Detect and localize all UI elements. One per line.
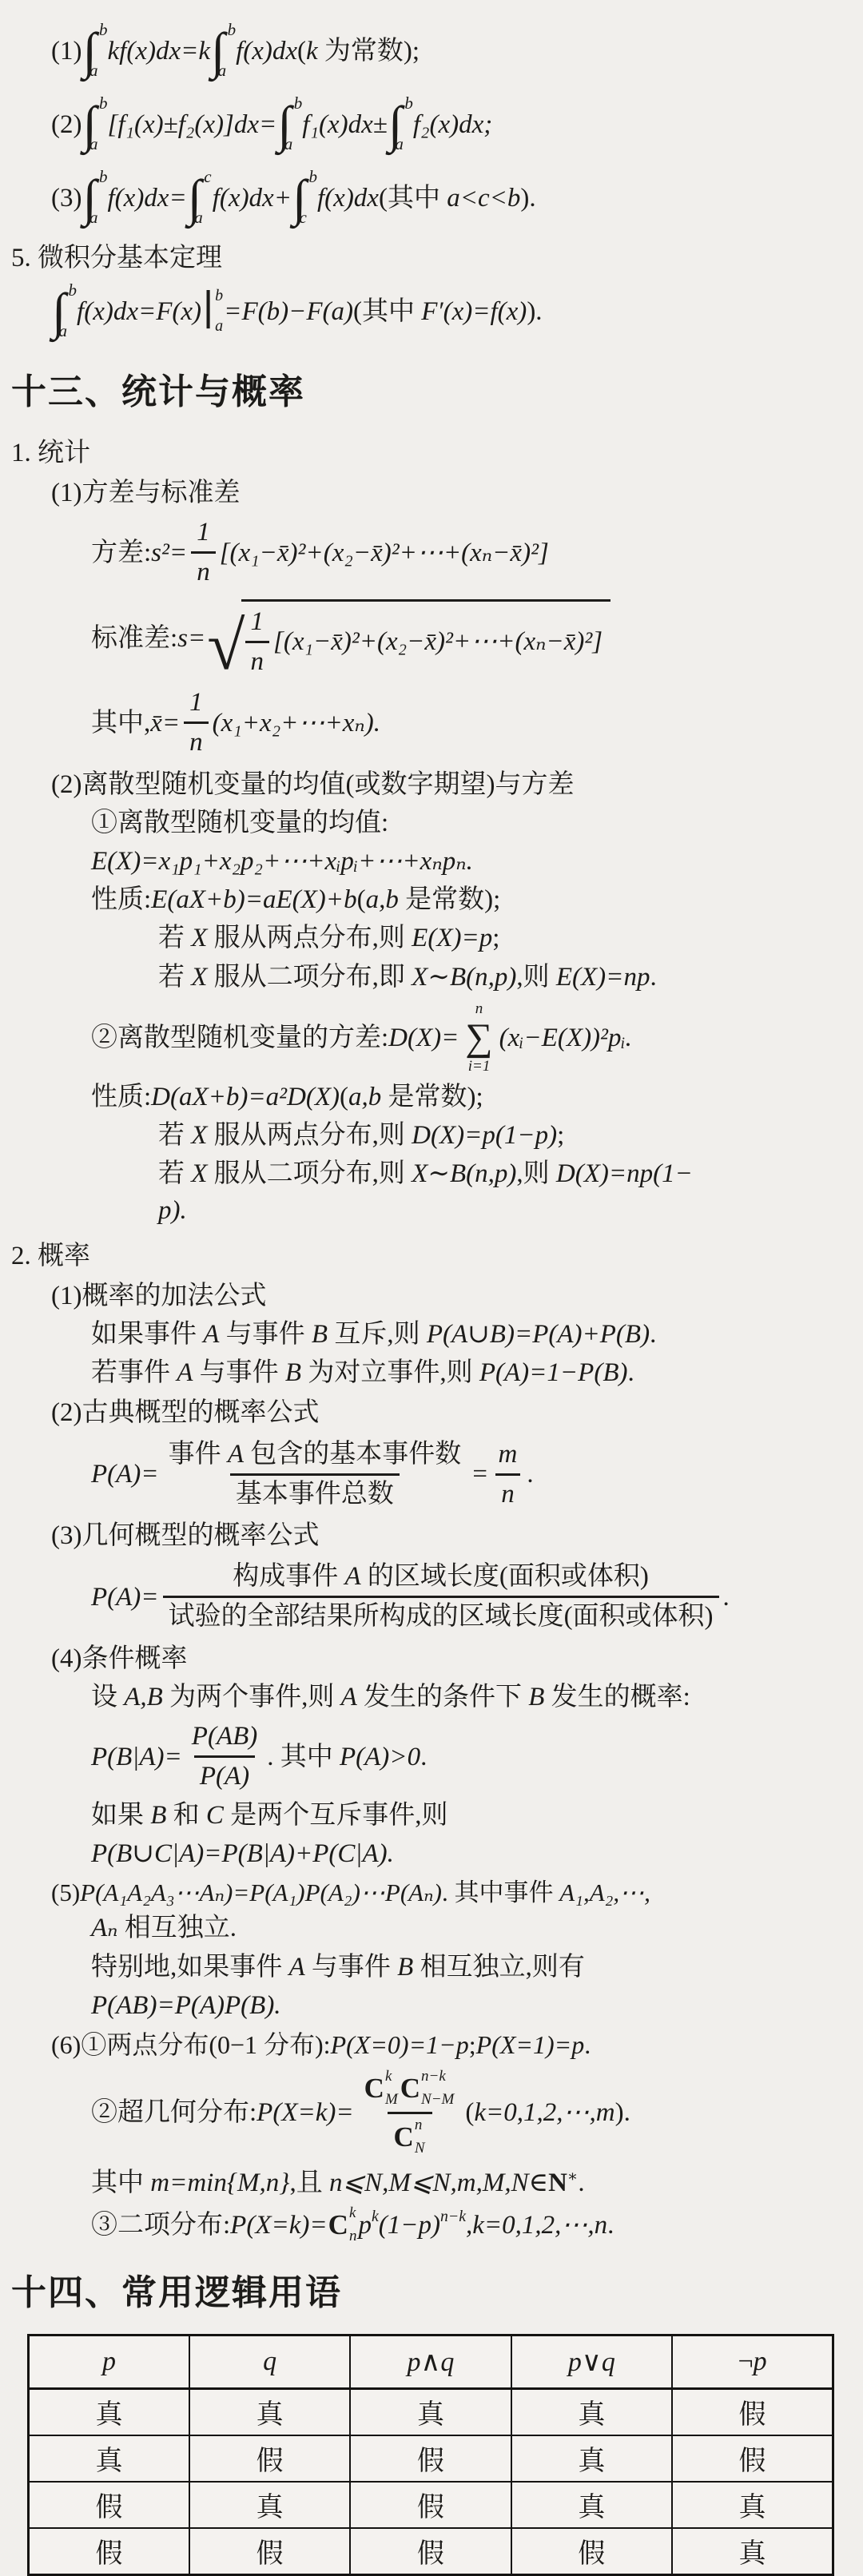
text-segment: f(x)dx= [108, 180, 187, 217]
text-segment: 服从二项分布,则 [207, 1155, 412, 1192]
text-segment: (1−p) [379, 2207, 440, 2244]
text-segment: 2. 概率 [11, 1238, 90, 1274]
text-segment: n [251, 646, 264, 678]
upper-limit: b [69, 282, 78, 299]
text-segment: 标准差: [91, 620, 177, 657]
table-row: 假假假假真 [29, 2528, 833, 2575]
text-segment: . [584, 2027, 591, 2063]
operator-limits: bc [307, 166, 317, 230]
radicand: 1n[(x₁−x̄)²+(x₂−x̄)²+⋯+(xₙ−x̄)²] [241, 599, 611, 679]
text-segment: ). [615, 2094, 630, 2131]
text-segment: . [650, 1316, 656, 1353]
text-segment: q [440, 2347, 454, 2377]
text-segment: P(A)= [91, 1456, 159, 1493]
text-segment: p [358, 2207, 372, 2244]
text-segment: 构成事件 [233, 1560, 344, 1593]
text-line: (1)∫bakf(x)dx=k∫baf(x)dx(k 为常数); [6, 19, 842, 83]
text-segment: =F(b)−F(a) [224, 293, 353, 330]
table-cell: 假 [350, 2482, 511, 2528]
fraction-denominator: P(A) [194, 1755, 255, 1793]
table-cell: 真 [672, 2528, 833, 2575]
text-segment: a<c<b [447, 180, 520, 217]
text-line: ②超几何分布:P(X=k)=CkMCn−kN−MCnN(k=0,1,2,⋯,m)… [6, 2068, 842, 2158]
text-segment: 若 [158, 920, 191, 956]
text-segment: 1 [197, 516, 210, 549]
text-line: 如果 B 和 C 是两个互斥事件,则 [6, 1797, 842, 1834]
text-segment: (xᵢ−E(X))²pᵢ. [499, 1020, 632, 1056]
section-heading-14: 十四、常用逻辑用语 [6, 2268, 842, 2318]
text-line: ∫baf(x)dx=F(x)∣ba=F(b)−F(a)(其中 F′(x)=f(x… [6, 280, 842, 344]
text-segment: (6)①两点分布(0−1 分布): [51, 2027, 331, 2063]
table-cell: 假 [189, 2528, 350, 2575]
text-line: Aₙ 相互独立. [6, 1910, 842, 1946]
text-segment: ). [527, 293, 542, 330]
table-header-cell: ¬p [672, 2335, 833, 2388]
operator-int: ∫ba [82, 19, 106, 83]
text-segment: B [285, 1354, 301, 1391]
text-segment: . 其中 [267, 1739, 340, 1775]
text-segment: s= [177, 620, 205, 657]
operator-int: ∫ba [388, 93, 412, 157]
fraction-denominator: n [495, 1473, 520, 1511]
operator-C: CkM [364, 2068, 399, 2109]
text-segment: p [568, 2347, 582, 2377]
text-segment: P(B|A)= [91, 1739, 182, 1775]
text-segment: X [191, 920, 207, 956]
text-segment: P(AB)=P(A)P(B). [91, 1987, 281, 2024]
text-segment: A [289, 1949, 305, 1986]
text-segment: E(X)=np [556, 959, 650, 996]
text-segment: X [191, 959, 207, 996]
text-line: 标准差:s=√1n[(x₁−x̄)²+(x₂−x̄)²+⋯+(xₙ−x̄)²] [6, 599, 842, 679]
operator-int: ∫ba [82, 166, 106, 230]
text-segment: 相互独立. [118, 1910, 237, 1946]
fraction: 事件 A 包含的基本事件数基本事件总数 [163, 1438, 467, 1512]
text-segment: f(x)dx [236, 33, 297, 70]
text-segment: 相互独立,则有 [413, 1949, 585, 1986]
text-line: p). [6, 1192, 842, 1229]
fraction-numerator: 1 [245, 606, 270, 641]
operator-symbol: ∣ [202, 291, 214, 332]
lower-limit: a [215, 318, 223, 334]
truth-table: pqp∧qp∨q¬p真真真真假真假假真假假真假真真假假假假真 [27, 2334, 834, 2576]
upper-limit: n [415, 2117, 425, 2133]
fraction: 1n [191, 516, 216, 590]
operator-symbol: C [328, 2211, 348, 2239]
text-segment: D(aX+b)=a²D(X) [151, 1079, 340, 1115]
text-segment: 与事件 [219, 1316, 312, 1353]
text-segment: X [191, 1155, 207, 1192]
radical-sign: √ [207, 611, 245, 680]
text-segment: (4)条件概率 [51, 1640, 187, 1677]
text-segment: 如果事件 [91, 1316, 203, 1353]
lower-limit: a [89, 136, 98, 153]
text-segment: ¬ [738, 2347, 753, 2376]
table-row: 假真假真真 [29, 2482, 833, 2528]
fraction-denominator: 基本事件总数 [230, 1473, 400, 1511]
text-segment: B [528, 1679, 544, 1715]
text-segment: f₂(x)dx; [413, 106, 492, 143]
text-segment: ( [465, 2094, 474, 2131]
text-line: 性质:E(aX+b)=aE(X)+b(a,b 是常数); [6, 881, 842, 918]
text-line: 若 X 服从两点分布,则 D(X)=p(1−p); [6, 1117, 842, 1154]
fraction-denominator: n [245, 641, 270, 678]
text-segment: A [341, 1679, 357, 1715]
text-segment: 为两个事件,则 [163, 1679, 341, 1715]
table-cell: 假 [511, 2528, 672, 2575]
text-segment: q [263, 2347, 276, 2376]
table-cell: 假 [672, 2435, 833, 2482]
text-segment: 性质: [91, 881, 151, 918]
text-segment: ( [297, 33, 306, 70]
fraction-numerator: m [493, 1438, 523, 1473]
operator-limits: kM [384, 2068, 399, 2109]
text-segment: p [408, 2347, 421, 2377]
table-cell: 真 [189, 2388, 350, 2435]
text-segment: 1. 统计 [11, 435, 90, 471]
text-segment: p [754, 2347, 767, 2376]
upper-limit: b [228, 22, 237, 38]
operator-symbol: C [394, 2123, 414, 2151]
text-segment: ,且 [289, 2165, 329, 2201]
text-segment: x̄= [150, 705, 180, 741]
operator-int: ∫bc [292, 166, 316, 230]
lower-limit: n [349, 2228, 357, 2244]
operator-symbol: ∑ [465, 1018, 492, 1058]
text-segment: 1 [189, 686, 203, 719]
text-segment: 包含的基本事件数 [244, 1438, 461, 1471]
text-segment: B [150, 1797, 166, 1834]
fraction-denominator: n [184, 722, 209, 759]
text-segment: m [499, 1438, 518, 1471]
upper-limit: b [99, 169, 108, 185]
lower-limit: i=1 [468, 1058, 491, 1075]
table-cell: 假 [189, 2435, 350, 2482]
table-header-cell: p∧q [350, 2335, 511, 2388]
text-segment: q [602, 2347, 615, 2377]
scanned-page: { "page": {"background": "#f1efec", "tex… [0, 0, 863, 2576]
text-segment: P(X=0)=1−p [331, 2027, 469, 2063]
text-segment: (1) [51, 33, 82, 70]
text-segment: . [723, 1579, 730, 1616]
text-segment: p [102, 2347, 116, 2376]
text-segment: 互斥,则 [328, 1316, 427, 1353]
lower-limit: a [89, 209, 98, 226]
text-segment: [(x₁−x̄)²+(x₂−x̄)²+⋯+(xₙ−x̄)²] [220, 535, 549, 571]
lower-limit: c [300, 209, 308, 226]
text-segment: 方差: [91, 535, 151, 571]
lower-limit: M [385, 2092, 398, 2107]
text-line: (3)∫baf(x)dx=∫caf(x)dx+∫bcf(x)dx(其中 a<c<… [6, 166, 842, 230]
text-line: (1)概率的加法公式 [6, 1278, 842, 1314]
text-line: (5)P(A₁A₂A₃⋯Aₙ)=P(A₁)P(A₂)⋯P(Aₙ). 其中事件 A… [6, 1875, 842, 1910]
text-segment: A [177, 1354, 193, 1391]
fraction-denominator: CnN [388, 2112, 432, 2158]
text-segment: = [471, 1456, 488, 1493]
text-segment: . [650, 959, 656, 996]
document: (1)∫bakf(x)dx=k∫baf(x)dx(k 为常数);(2)∫ba[f… [0, 0, 863, 2318]
text-segment: 服从两点分布,则 [207, 920, 412, 956]
operator-int: ∫ba [52, 280, 76, 344]
text-segment: m=min{M,n} [150, 2165, 289, 2201]
text-segment: ( [357, 881, 366, 918]
text-segment: k=0,1,2,⋯,m [474, 2094, 614, 2131]
text-line: ③二项分布:P(X=k)=Cknpk(1−p)n−k,k=0,1,2,⋯,n. [6, 2204, 842, 2246]
text-segment: 设 [91, 1679, 124, 1715]
text-segment: D(X)=p(1−p) [412, 1117, 557, 1154]
operator-limits: ca [201, 166, 212, 230]
lower-limit: a [218, 62, 227, 79]
text-segment: X [191, 1117, 207, 1154]
text-segment: (5) [51, 1875, 80, 1910]
text-line: E(X)=x₁p₁+x₂p₂+⋯+xᵢpᵢ+⋯+xₙpₙ. [6, 843, 842, 880]
fraction: mn [493, 1438, 523, 1512]
text-segment: 与事件 [305, 1949, 398, 1986]
text-segment: 基本事件总数 [236, 1478, 394, 1511]
text-segment: n [501, 1478, 515, 1511]
text-segment: 为对立事件,则 [301, 1354, 479, 1391]
table-cell: 假 [29, 2528, 189, 2575]
operator-limits: ba [97, 166, 107, 230]
text-segment: P(A)=1−P(B) [479, 1354, 628, 1391]
text-segment: 若事件 [91, 1354, 177, 1391]
text-line: (2)古典概型的概率公式 [6, 1394, 842, 1431]
operator-limits: ba [97, 93, 107, 157]
text-segment: 事件 [169, 1438, 228, 1471]
text-segment: ①离散型随机变量的均值: [91, 805, 388, 841]
text-segment: B [312, 1316, 328, 1353]
text-segment: P(A) [200, 1760, 249, 1793]
text-segment: ,k=0,1,2,⋯,n [466, 2207, 607, 2244]
operator-limits: ba [66, 280, 77, 344]
text-segment: ( [340, 1079, 348, 1115]
text-segment: P(X=1)=p [476, 2027, 585, 2063]
text-segment: s²= [151, 535, 187, 571]
operator-limits: ba [214, 286, 223, 337]
table-cell: 假 [350, 2435, 511, 2482]
text-segment: kf(x)dx=k [108, 33, 211, 70]
text-segment: 1 [251, 606, 264, 638]
upper-limit: n−k [421, 2069, 454, 2084]
text-segment: n⩽N,M⩽N,m,M,N∈ [329, 2165, 548, 2201]
text-segment: Aₙ [91, 1910, 118, 1946]
text-segment: . 其中事件 [442, 1875, 559, 1910]
text-segment: [(x₁−x̄)²+(x₂−x̄)²+⋯+(xₙ−x̄)²] [273, 623, 603, 660]
text-segment: 若 [158, 1117, 191, 1154]
text-segment: a,b [348, 1079, 381, 1115]
text-segment: . [627, 1354, 634, 1391]
text-segment: 5. 微积分基本定理 [11, 240, 222, 276]
text-segment: n [189, 726, 203, 759]
text-segment: . [420, 1739, 427, 1775]
operator-int: ∫ba [82, 93, 106, 157]
table-cell: 假 [672, 2388, 833, 2435]
table-cell: 假 [350, 2528, 511, 2575]
text-line: (1)方差与标准差 [6, 475, 842, 511]
table-row: 真假假真假 [29, 2435, 833, 2482]
text-segment: (1)概率的加法公式 [51, 1278, 266, 1314]
upper-limit: c [204, 169, 213, 185]
text-segment: 特别地,如果事件 [91, 1949, 289, 1986]
text-segment: A₁,A₂,⋯, [559, 1875, 650, 1910]
text-segment: 的区域长度(面积或体积) [361, 1560, 649, 1593]
text-segment: P(A∪B)=P(A)+P(B) [427, 1316, 650, 1353]
text-segment: 是常数); [399, 881, 500, 918]
text-segment: 服从两点分布,则 [207, 1117, 412, 1154]
text-line: P(A)=构成事件 A 的区域长度(面积或体积)试验的全部结果所构成的区域长度(… [6, 1560, 842, 1634]
text-segment: . [578, 2165, 584, 2201]
text-segment: X∼B(n,p) [412, 1155, 516, 1192]
text-segment: 是两个互斥事件,则 [224, 1797, 448, 1834]
text-segment: 发生的概率: [544, 1679, 690, 1715]
text-segment: A,B [124, 1679, 163, 1715]
text-segment: P(B∪C|A)=P(B|A)+P(C|A). [91, 1835, 394, 1872]
text-segment: 服从二项分布,即 [207, 959, 412, 996]
text-line: 特别地,如果事件 A 与事件 B 相互独立,则有 [6, 1949, 842, 1986]
text-line: (3)几何概型的概率公式 [6, 1517, 842, 1554]
text-segment: 试验的全部结果所构成的区域长度(面积或体积) [169, 1600, 714, 1633]
text-segment: (2) [51, 106, 82, 143]
operator-limits: ba [225, 19, 236, 83]
text-segment: f(x)dx=F(x) [77, 293, 201, 330]
text-segment: 与事件 [193, 1354, 285, 1391]
operator-C: Cn−kN−M [400, 2068, 455, 2109]
fraction-numerator: 1 [191, 516, 216, 551]
text-segment: ②超几何分布: [91, 2094, 257, 2131]
lower-limit: a [89, 62, 98, 79]
text-segment: 十四、常用逻辑用语 [11, 2268, 342, 2318]
text-segment: 是常数); [381, 1079, 483, 1115]
text-segment: A [203, 1316, 219, 1353]
text-segment: D(X)= [388, 1020, 459, 1056]
text-segment: ; [492, 920, 499, 956]
text-segment: n−k [440, 2206, 466, 2228]
table-row: 真真真真假 [29, 2388, 833, 2435]
text-segment: (2)古典概型的概率公式 [51, 1394, 319, 1431]
text-line: (4)条件概率 [6, 1640, 842, 1677]
table-cell: 假 [29, 2482, 189, 2528]
operator-sum: n∑i=1 [465, 1000, 492, 1075]
text-segment: P(A)= [91, 1579, 159, 1616]
operator-symbol: C [364, 2074, 384, 2102]
text-segment: f(x)dx+ [213, 180, 292, 217]
text-segment: ∨ [582, 2347, 602, 2377]
table-header-cell: p∨q [511, 2335, 672, 2388]
text-segment: k [372, 2206, 379, 2228]
text-segment: (其中 [379, 180, 447, 217]
text-segment: P(X=k)= [230, 2207, 327, 2244]
table-cell: 真 [672, 2482, 833, 2528]
text-segment: ; [469, 2027, 476, 2063]
text-segment: C [206, 1797, 224, 1834]
operator-int: ∫ba [277, 93, 301, 157]
fraction: 1n [184, 686, 209, 760]
fraction-numerator: 1 [184, 686, 209, 722]
operator-symbol: C [400, 2074, 420, 2102]
text-line: 2. 概率 [6, 1238, 842, 1274]
fraction: 1n [245, 606, 270, 679]
lower-limit: a [194, 209, 203, 226]
upper-limit: b [99, 22, 108, 38]
text-segment: B [397, 1949, 413, 1986]
text-segment: E(X)=x₁p₁+x₂p₂+⋯+xᵢpᵢ+⋯+xₙpₙ. [91, 843, 473, 880]
upper-limit: k [349, 2205, 357, 2220]
text-line: 其中 m=min{M,n},且 n⩽N,M⩽N,m,M,N∈N∗. [6, 2165, 842, 2201]
text-segment: D(X)=np(1− [556, 1155, 693, 1192]
text-line: 若 X 服从两点分布,则 E(X)=p; [6, 920, 842, 956]
text-segment: 其中 [91, 2165, 150, 2201]
text-segment: (3) [51, 180, 82, 217]
text-segment: 为常数); [318, 33, 420, 70]
text-segment: 如果 [91, 1797, 150, 1834]
text-segment: 其中, [91, 705, 150, 741]
lower-limit: a [395, 136, 404, 153]
text-segment: (x₁+x₂+⋯+xₙ). [213, 705, 380, 741]
operator-C: CnN [394, 2117, 426, 2158]
text-line: 若 X 服从二项分布,即 X∼B(n,p),则 E(X)=np. [6, 959, 842, 996]
operator-limits: kn [348, 2204, 358, 2246]
table-cell: 真 [511, 2388, 672, 2435]
table-cell: 真 [350, 2388, 511, 2435]
upper-limit: b [404, 95, 413, 112]
text-segment: 十三、统计与概率 [11, 368, 305, 417]
text-segment: E(X)=p [412, 920, 492, 956]
text-line: P(B|A)=P(AB)P(A). 其中 P(A)>0. [6, 1720, 842, 1794]
table-header-row: pqp∧qp∨q¬p [29, 2335, 833, 2388]
fraction: P(AB)P(A) [186, 1720, 263, 1794]
text-segment: . [527, 1456, 533, 1493]
operator-int: ∫ba [211, 19, 235, 83]
fraction-numerator: 构成事件 A 的区域长度(面积或体积) [227, 1560, 654, 1596]
text-segment: A [344, 1560, 360, 1593]
text-line: (6)①两点分布(0−1 分布):P(X=0)=1−p;P(X=1)=p. [6, 2027, 842, 2063]
text-line: 其中,x̄=1n(x₁+x₂+⋯+xₙ). [6, 686, 842, 760]
text-segment: A [228, 1438, 244, 1471]
text-segment: ). [520, 180, 535, 217]
upper-limit: b [294, 95, 303, 112]
truth-table-wrapper: pqp∧qp∨q¬p真真真真假真假假真假假真假真真假假假假真 [27, 2334, 842, 2576]
text-segment: f₁(x)dx± [302, 106, 388, 143]
upper-limit: b [99, 95, 108, 112]
lower-limit: N−M [421, 2092, 454, 2107]
text-segment: P(AB) [192, 1720, 257, 1753]
table-header-cell: p [29, 2335, 189, 2388]
fraction-numerator: CkMCn−kN−M [358, 2068, 462, 2112]
fraction: CkMCn−kN−MCnN [358, 2068, 462, 2158]
table-cell: 真 [511, 2435, 672, 2482]
text-segment: (1)方差与标准差 [51, 475, 240, 511]
text-line: P(AB)=P(A)P(B). [6, 1987, 842, 2024]
text-segment: (3)几何概型的概率公式 [51, 1517, 319, 1554]
fraction-denominator: n [191, 551, 216, 589]
lower-limit: a [59, 323, 68, 340]
text-line: 若 X 服从二项分布,则 X∼B(n,p),则 D(X)=np(1− [6, 1155, 842, 1192]
operator-C: Ckn [328, 2204, 358, 2246]
text-segment: 若 [158, 959, 191, 996]
text-line: P(B∪C|A)=P(B|A)+P(C|A). [6, 1835, 842, 1872]
square-root: √1n[(x₁−x̄)²+(x₂−x̄)²+⋯+(xₙ−x̄)²] [207, 599, 610, 679]
lower-limit: a [284, 136, 293, 153]
text-segment: 发生的条件下 [357, 1679, 529, 1715]
fraction-denominator: 试验的全部结果所构成的区域长度(面积或体积) [163, 1596, 719, 1633]
text-line: 性质:D(aX+b)=a²D(X)(a,b 是常数); [6, 1079, 842, 1115]
text-segment: N [548, 2165, 567, 2201]
text-segment: ③二项分布: [91, 2207, 230, 2244]
fraction-numerator: 事件 A 包含的基本事件数 [163, 1438, 467, 1473]
text-line: 方差:s²=1n[(x₁−x̄)²+(x₂−x̄)²+⋯+(xₙ−x̄)²] [6, 516, 842, 590]
operator-limits: n−kN−M [420, 2068, 455, 2109]
text-line: 5. 微积分基本定理 [6, 240, 842, 276]
